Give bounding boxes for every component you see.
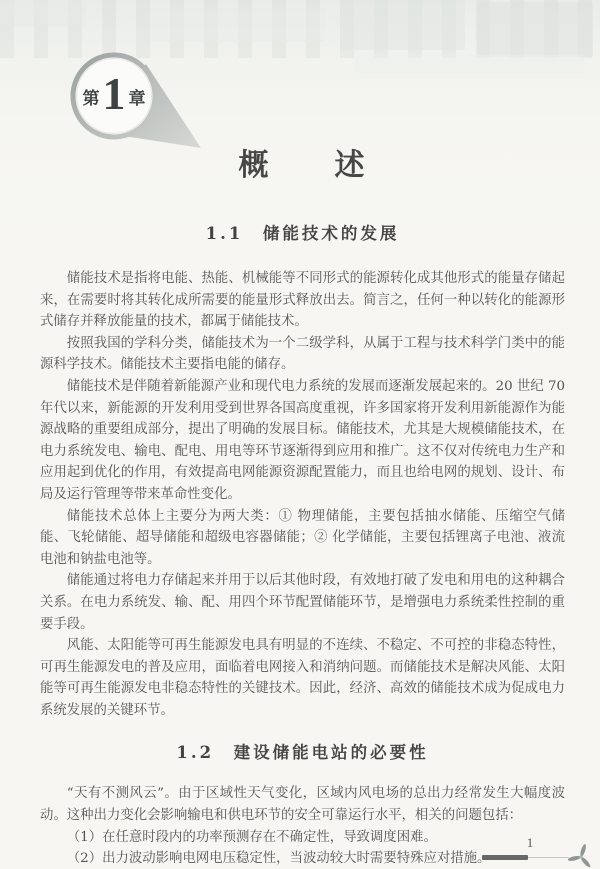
paragraph-renewables: 风能、太阳能等可再生能源发电具有明显的不连续、不稳定、不可控的非稳态特性，可再生… — [40, 635, 565, 721]
footer-line — [528, 857, 569, 858]
section-heading-1-2: 1.2 建设储能电站的必要性 — [40, 739, 565, 763]
footer-rule — [482, 851, 594, 863]
book-page: 第 1 章 概 述 1.1 储能技术的发展 储能技术是指将电能、热能、机械能等不… — [0, 0, 600, 869]
page-content: 概 述 1.1 储能技术的发展 储能技术是指将电能、热能、机械能等不同形式的能源… — [40, 0, 565, 869]
paragraph-decoupling: 储能通过将电力存储起来并用于以后其他时段，有效地打破了发电和用电的这种耦合关系。… — [40, 570, 565, 635]
paragraph-development-history: 储能技术是伴随着新能源产业和现代电力系统的发展而逐渐发展起来的。20 世纪 70… — [40, 376, 565, 506]
page-number: 1 — [508, 835, 552, 851]
footer-bar — [482, 855, 528, 860]
paragraph-discipline-classification: 按照我国的学科分类，储能技术为一个二级学科，从属于工程与技术科学门类中的能源科学… — [40, 333, 565, 376]
section-heading-1-1: 1.1 储能技术的发展 — [40, 220, 565, 244]
paragraph-weather-variability: “天有不测风云”。由于区域性天气变化，区域内风电场的总出力经常发生大幅度波动。这… — [40, 783, 565, 826]
paragraph-storage-definition: 储能技术是指将电能、热能、机械能等不同形式的能源转化成其他形式的能量存储起来，在… — [40, 268, 565, 333]
wind-turbine-icon — [568, 844, 594, 869]
chapter-title: 概 述 — [40, 0, 565, 184]
paragraph-two-categories: 储能技术总体上主要分为两大类：① 物理储能，主要包括抽水储能、压缩空气储能、飞轮… — [40, 506, 565, 571]
page-footer: 1 — [482, 835, 594, 863]
